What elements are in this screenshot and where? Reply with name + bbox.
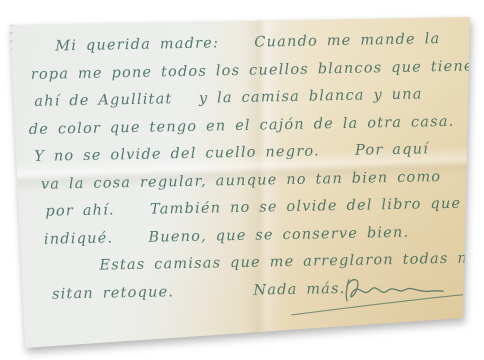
signature-underline [291,295,463,315]
paper-shadow: Mi querida madre: Cuando me mande la rop… [0,0,484,360]
signature-stroke [346,278,443,301]
signature-scrawl [287,268,468,323]
letter-paper: Mi querida madre: Cuando me mande la rop… [0,0,484,360]
torn-edge [0,24,13,350]
letter-photo: Mi querida madre: Cuando me mande la rop… [0,0,484,360]
letter-body: Mi querida madre: Cuando me mande la rop… [27,26,473,334]
